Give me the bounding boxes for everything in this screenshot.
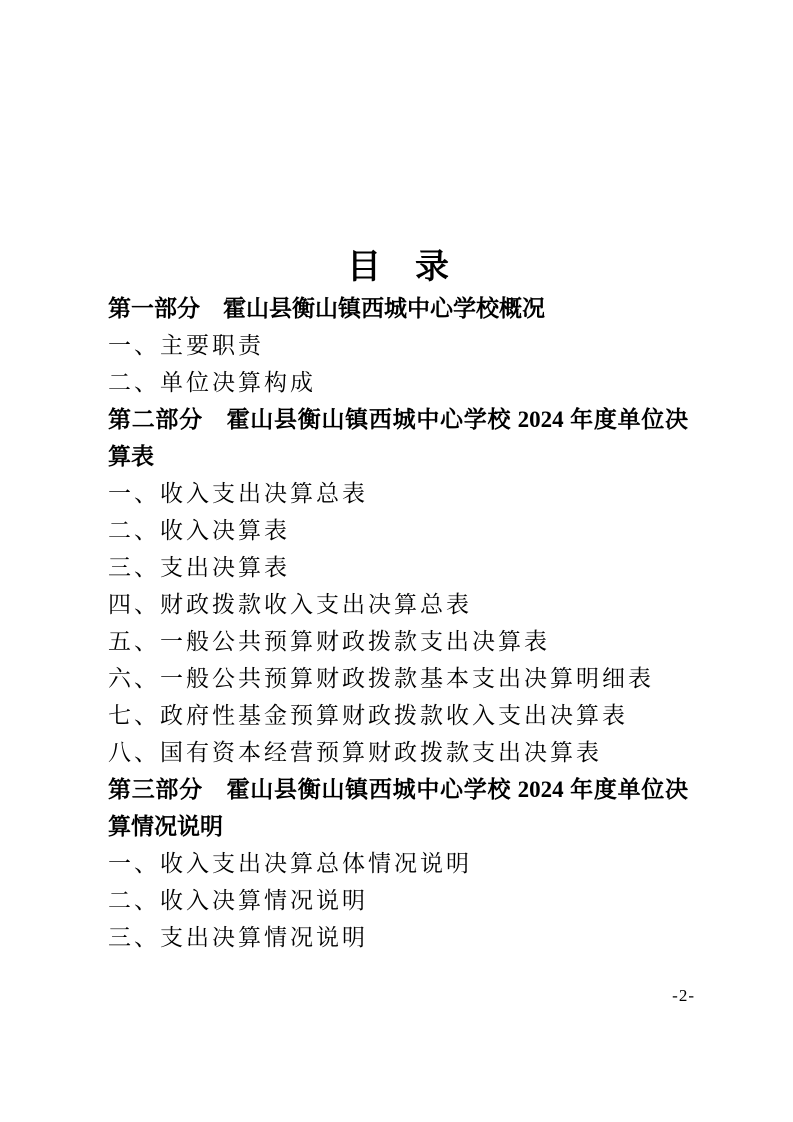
toc-item: 一、收入支出决算总表 <box>108 475 688 512</box>
toc-item: 二、收入决算表 <box>108 512 688 549</box>
toc-item: 三、支出决算表 <box>108 549 688 586</box>
document-page: 目 录 第一部分 霍山县衡山镇西城中心学校概况 一、主要职责 二、单位决算构成 … <box>0 0 793 1122</box>
toc-item: 八、国有资本经营预算财政拨款支出决算表 <box>108 734 688 771</box>
toc-item: 二、单位决算构成 <box>108 364 688 401</box>
toc-item: 五、一般公共预算财政拨款支出决算表 <box>108 623 688 660</box>
toc-item: 七、政府性基金预算财政拨款收入支出决算表 <box>108 697 688 734</box>
toc-item: 一、主要职责 <box>108 327 688 364</box>
section-3-heading: 第三部分 霍山县衡山镇西城中心学校 2024 年度单位决算情况说明 <box>108 771 688 845</box>
section-1-heading: 第一部分 霍山县衡山镇西城中心学校概况 <box>108 290 688 327</box>
toc-item: 六、一般公共预算财政拨款基本支出决算明细表 <box>108 660 688 697</box>
section-2-heading: 第二部分 霍山县衡山镇西城中心学校 2024 年度单位决算表 <box>108 401 688 475</box>
toc-item: 二、收入决算情况说明 <box>108 882 688 919</box>
toc-item: 四、财政拨款收入支出决算总表 <box>108 586 688 623</box>
page-title: 目 录 <box>108 246 688 290</box>
page-number: -2- <box>672 986 695 1006</box>
toc-item: 三、支出决算情况说明 <box>108 919 688 956</box>
toc-item: 一、收入支出决算总体情况说明 <box>108 845 688 882</box>
